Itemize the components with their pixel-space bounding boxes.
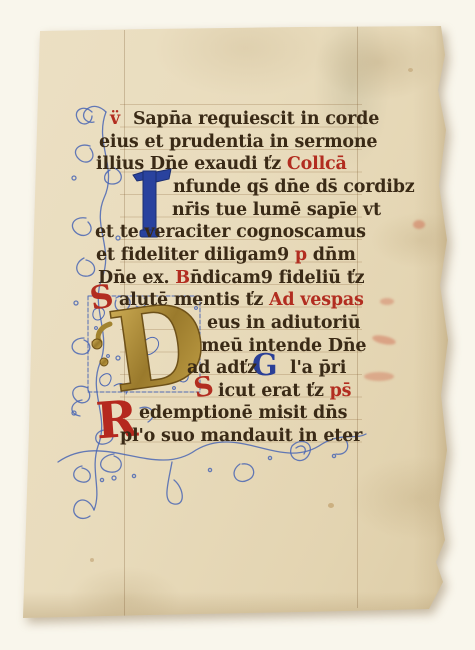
text-line: icut erat ťz ps̄ <box>218 380 351 402</box>
leaf-right-edge <box>413 20 453 620</box>
versicle-mark: v̈ <box>110 109 120 129</box>
text-segment: icut erat ťz <box>218 381 330 401</box>
foxing-spot <box>408 68 413 72</box>
text-segment: et fideliter diligam9 <box>96 245 295 265</box>
text-line: alutē mentis ťz Ad vespas <box>119 289 364 311</box>
leaf-shadow: D S G S R v̈Sapn̄a requiescit in corde e… <box>0 0 475 650</box>
red-ink-smudge <box>413 220 425 229</box>
rubric-segment: ps̄ <box>330 381 352 401</box>
text-line: pl'o suo mandauit in eter <box>120 425 362 447</box>
text-line: v̈Sapn̄a requiescit in corde <box>110 108 379 130</box>
text-line: meū intende Dn̄e <box>201 335 366 357</box>
rubric-segment: Ad vespas <box>269 290 364 310</box>
text-segment: eius et prudentia in sermone <box>99 132 377 152</box>
text-segment: ad adťz <box>187 358 257 378</box>
photo-background: D S G S R v̈Sapn̄a requiescit in corde e… <box>0 0 475 650</box>
rubric-segment: B <box>175 268 190 288</box>
rubric-segment: p <box>295 245 307 265</box>
text-line: eius et prudentia in sermone <box>99 131 377 153</box>
text-line: edemptionē misit dn̄s <box>139 402 347 424</box>
manuscript-leaf: D S G S R v̈Sapn̄a requiescit in corde e… <box>0 0 475 650</box>
text-segment: l'a p̄ri <box>290 358 346 378</box>
leaf-bottom-edge <box>20 592 450 622</box>
red-ink-smudge <box>371 334 396 347</box>
text-segment: n̄dicam9 fideliū ťz <box>190 268 364 288</box>
text-segment: edemptionē misit dn̄s <box>139 403 347 423</box>
text-line: et te veraciter cognoscamus <box>95 221 366 243</box>
text-segment: illius Dn̄e exaudi ťz <box>96 154 287 174</box>
rubric-segment: Collcā <box>287 154 347 174</box>
text-segment: meū intende Dn̄e <box>201 336 366 356</box>
text-line: nr̄is tue lumē sapīe vt <box>172 199 381 221</box>
text-segment: nr̄is tue lumē sapīe vt <box>172 200 381 220</box>
text-segment: dn̄m <box>307 245 356 265</box>
text-segment: Dn̄e ex. <box>98 268 175 288</box>
text-segment: Sapn̄a requiescit in corde <box>133 109 379 129</box>
text-segment: et te veraciter cognoscamus <box>95 222 366 242</box>
text-segment: eus in adiutoriū <box>207 313 360 333</box>
text-line: nfunde qs̄ dn̄e ds̄ cordibz <box>173 176 415 198</box>
text-segment: nfunde qs̄ dn̄e ds̄ cordibz <box>173 177 415 197</box>
text-segment: alutē mentis ťz <box>119 290 269 310</box>
red-ink-smudge <box>364 372 394 381</box>
text-line: ad adťz <box>187 357 257 379</box>
text-line: l'a p̄ri <box>290 357 346 379</box>
text-line: eus in adiutoriū <box>207 312 360 334</box>
foxing-spot <box>90 558 94 562</box>
red-ink-smudge <box>380 298 394 305</box>
text-segment: pl'o suo mandauit in eter <box>120 426 362 446</box>
text-line: et fideliter diligam9 p dn̄m <box>96 244 356 266</box>
text-line: illius Dn̄e exaudi ťz Collcā <box>96 153 347 175</box>
text-line: Dn̄e ex. Bn̄dicam9 fideliū ťz <box>98 267 364 289</box>
